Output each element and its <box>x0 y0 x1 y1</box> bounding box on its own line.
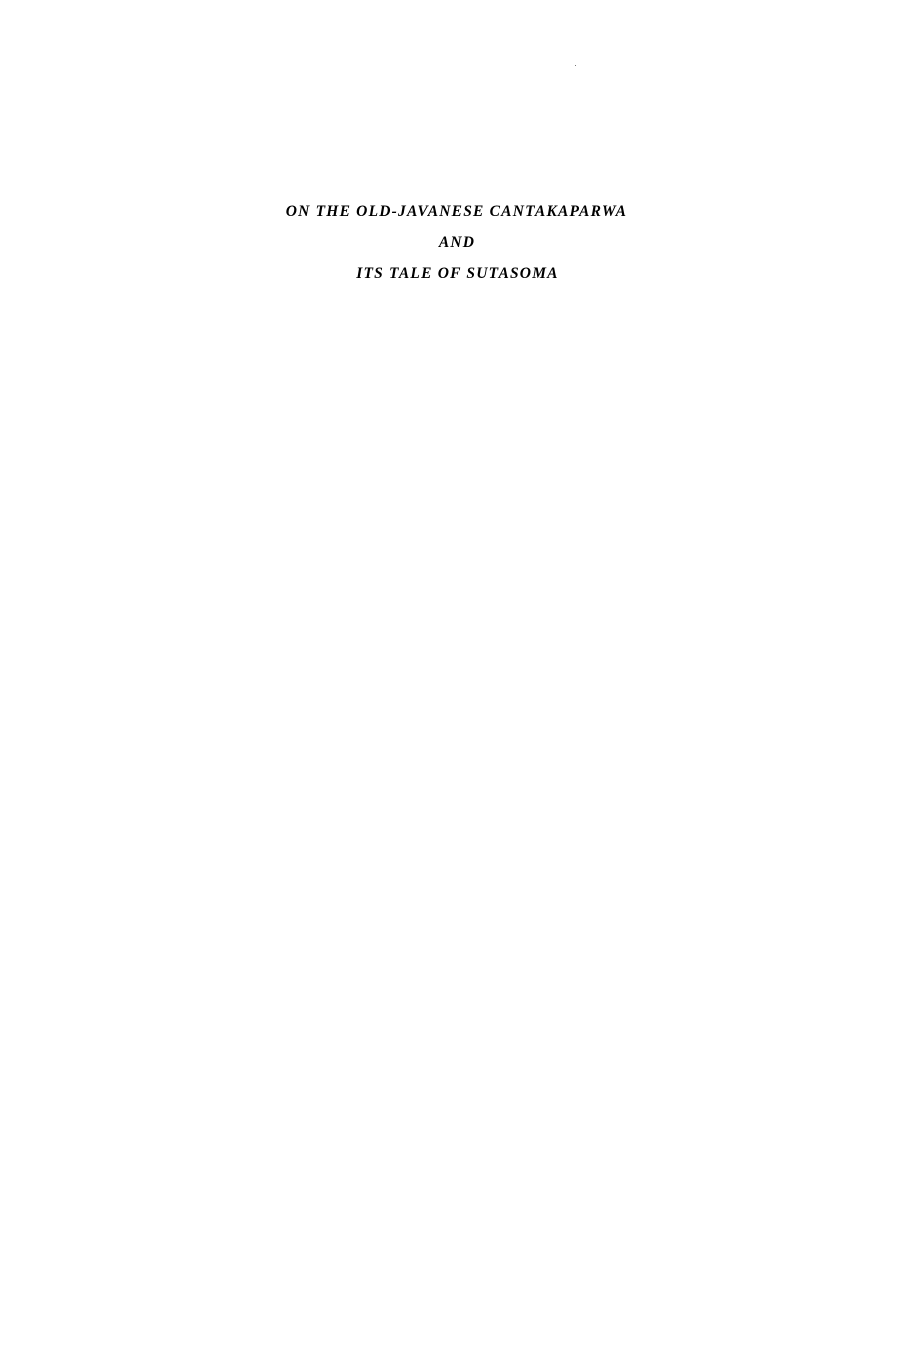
title-line-3: ITS TALE OF SUTASOMA <box>0 261 916 292</box>
scan-speck <box>575 65 576 66</box>
title-line-1: ON THE OLD-JAVANESE CANTAKAPARWA <box>0 199 916 230</box>
title-line-2: AND <box>0 230 916 261</box>
page-title: ON THE OLD-JAVANESE CANTAKAPARWA AND ITS… <box>0 199 916 292</box>
